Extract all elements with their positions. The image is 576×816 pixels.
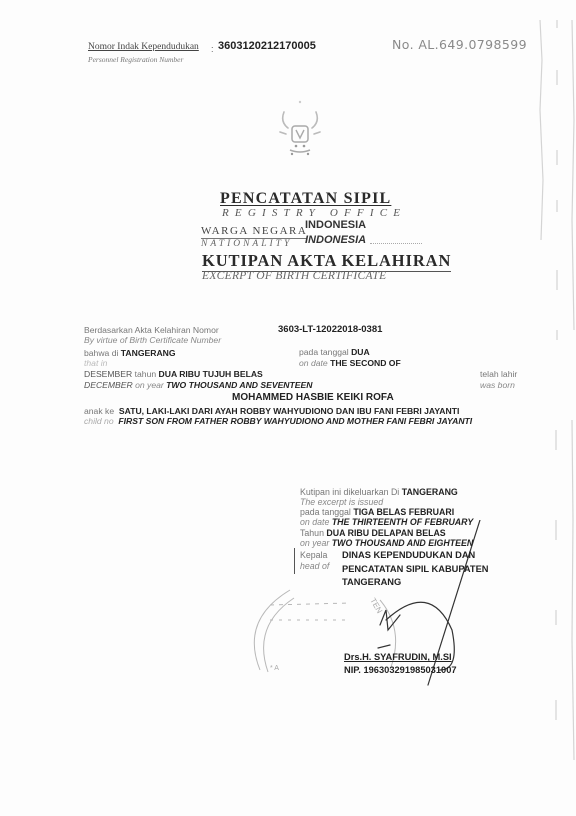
office-title: PENCATATAN SIPIL — [220, 190, 391, 208]
signer-nip: NIP. 196303291985031007 — [344, 665, 457, 675]
bracket-line — [294, 548, 295, 574]
nationality-value-en: INDONESIA — [305, 234, 366, 246]
child-no-label-en: child no — [84, 416, 114, 426]
issued-place-row: Kutipan ini dikeluarkan Di TANGERANG — [300, 487, 458, 497]
nik-label: Nomor Indak Kependudukan — [88, 42, 199, 52]
cert-number-label-en: By virtue of Birth Certificate Number — [84, 335, 221, 345]
place-label-en: that in — [84, 358, 107, 368]
born-label-en: was born — [480, 380, 515, 390]
child-no-row: anak ke SATU, LAKI-LAKI DARI AYAH ROBBY … — [84, 406, 459, 416]
issued-label-en: The excerpt is issued — [300, 497, 383, 507]
serial-number: No. AL.649.0798599 — [392, 37, 527, 52]
office-line-2: PENCATATAN SIPIL KABUPATEN — [342, 564, 489, 574]
signer-name: Drs.H. SYAFRUDIN, M.SI — [344, 652, 452, 662]
document-title-en: EXCERPT OF BIRTH CERTIFICATE — [202, 270, 386, 282]
issue-year-row-en: on year TWO THOUSAND AND EIGHTEEN — [300, 538, 473, 548]
born-label: telah lahir — [480, 369, 517, 379]
nik-label-en: Personnel Registration Number — [88, 55, 183, 64]
date-label: pada tanggal — [299, 347, 349, 357]
head-label-en: head of — [300, 561, 329, 571]
issue-date-value-en: THE THIRTEENTH OF FEBRUARY — [332, 517, 473, 527]
garuda-emblem-icon — [272, 98, 328, 162]
scan-edge-artifact — [520, 0, 576, 816]
year-label: tahun — [135, 369, 157, 379]
document-title: KUTIPAN AKTA KELAHIRAN — [202, 251, 451, 272]
year-value: DUA RIBU TUJUH BELAS — [159, 369, 263, 379]
head-label: Kepala — [300, 550, 327, 560]
office-title-en: REGISTRY OFFICE — [222, 207, 406, 219]
cert-number: 3603-LT-12022018-0381 — [278, 324, 382, 335]
nik-value: 3603120212170005 — [218, 40, 316, 52]
issue-date-label: pada tanggal — [300, 507, 351, 517]
place-value: TANGERANG — [121, 348, 176, 358]
child-no-value-en: FIRST SON FROM FATHER ROBBY WAHYUDIONO A… — [118, 416, 472, 426]
date-value-en: THE SECOND OF — [330, 358, 401, 368]
issued-label: Kutipan ini dikeluarkan Di — [300, 487, 399, 497]
issue-date-label-en: on date — [300, 517, 329, 527]
month-value-en: DECEMBER — [84, 380, 133, 390]
office-line-3: TANGERANG — [342, 577, 401, 587]
issue-year-label-en: on year — [300, 538, 329, 548]
year-label-en: on year — [135, 380, 164, 390]
nationality-label-en: NATIONALITY — [201, 239, 292, 249]
issued-place: TANGERANG — [402, 487, 458, 497]
office-line-1: DINAS KEPENDUDUKAN DAN — [342, 550, 475, 560]
nik-colon: : — [211, 44, 214, 54]
date-row-en: on date THE SECOND OF — [299, 358, 401, 368]
place-row: bahwa di TANGERANG — [84, 348, 176, 358]
place-label: bahwa di — [84, 348, 118, 358]
month-value: DESEMBER — [84, 369, 132, 379]
child-no-row-en: child no FIRST SON FROM FATHER ROBBY WAH… — [84, 416, 472, 426]
date-value: DUA — [351, 347, 370, 357]
year-value-en: TWO THOUSAND AND SEVENTEEN — [166, 380, 312, 390]
svg-text:* A: * A — [270, 665, 279, 672]
nationality-value: INDONESIA — [305, 219, 366, 231]
dotted-line — [370, 237, 422, 244]
issue-date-row-en: on date THE THIRTEENTH OF FEBRUARY — [300, 517, 473, 527]
child-name: MOHAMMED HASBIE KEIKI ROFA — [232, 392, 394, 403]
issue-date-row: pada tanggal TIGA BELAS FEBRUARI — [300, 507, 454, 517]
child-no-value: SATU, LAKI-LAKI DARI AYAH ROBBY WAHYUDIO… — [119, 406, 459, 416]
cert-number-label: Berdasarkan Akta Kelahiran Nomor — [84, 325, 219, 335]
date-row: pada tanggal DUA — [299, 347, 370, 357]
issue-year-value: DUA RIBU DELAPAN BELAS — [326, 528, 445, 538]
month-year-row-en: DECEMBER on year TWO THOUSAND AND SEVENT… — [84, 380, 312, 390]
month-year-row: DESEMBER tahun DUA RIBU TUJUH BELAS — [84, 369, 263, 379]
date-label-en: on date — [299, 358, 328, 368]
issue-date-value: TIGA BELAS FEBRUARI — [353, 507, 454, 517]
nationality-label: WARGA NEGARA — [201, 225, 307, 239]
issue-year-value-en: TWO THOUSAND AND EIGHTEEN — [332, 538, 473, 548]
child-no-label: anak ke — [84, 406, 114, 416]
issue-year-label: Tahun — [300, 528, 324, 538]
issue-year-row: Tahun DUA RIBU DELAPAN BELAS — [300, 528, 446, 538]
